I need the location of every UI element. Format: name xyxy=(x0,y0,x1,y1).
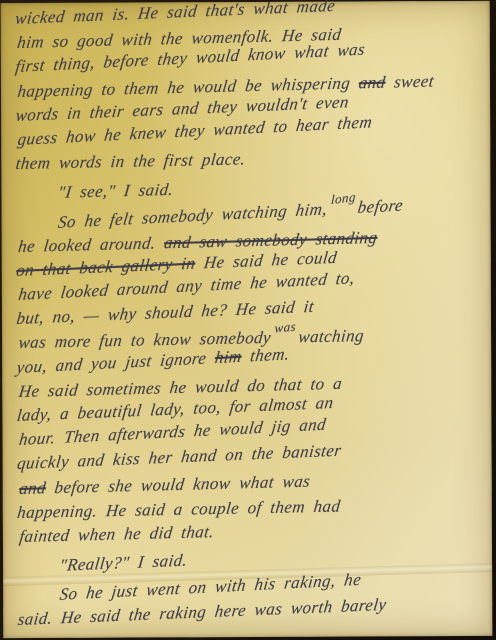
struck-out-text: and xyxy=(18,478,47,498)
handwritten-text: them words in the first place. xyxy=(15,149,247,173)
handwritten-text: fainted when he did that. xyxy=(18,522,215,546)
handwritten-text: he looked around. xyxy=(17,233,165,256)
struck-out-text: and xyxy=(358,72,387,92)
struck-out-text: him xyxy=(214,346,243,366)
inserted-word-above-line: was xyxy=(275,319,297,337)
handwritten-text: wicked man is. He said that's what made xyxy=(14,0,336,28)
handwritten-text: "Really?" I said. xyxy=(59,551,189,575)
manuscript-lines: wicked man is. He said that's what madeh… xyxy=(15,7,491,638)
handwritten-text: "I see," I said. xyxy=(57,180,174,202)
manuscript-photo: wicked man is. He said that's what madeh… xyxy=(0,0,496,640)
aged-paper-sheet: wicked man is. He said that's what madeh… xyxy=(1,1,493,638)
handwritten-text: them. xyxy=(240,344,290,366)
handwritten-text: before xyxy=(357,195,405,216)
inserted-word-above-line: long xyxy=(331,189,357,208)
